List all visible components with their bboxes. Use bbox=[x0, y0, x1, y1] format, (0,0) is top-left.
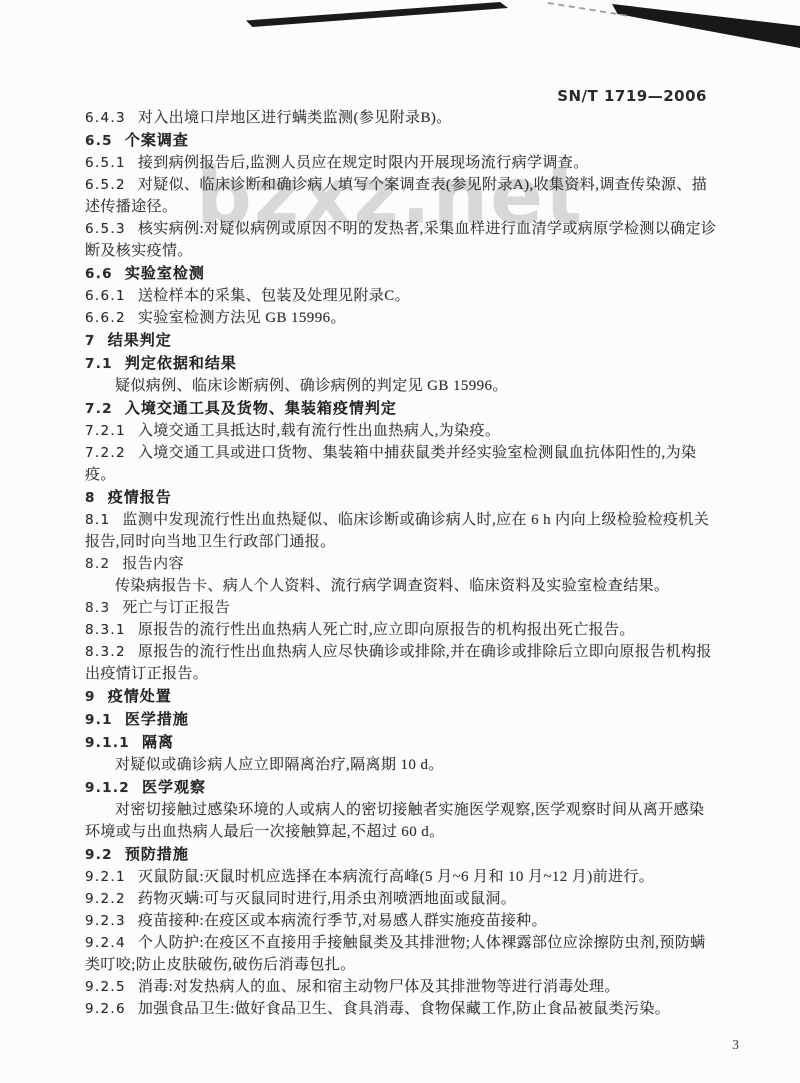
paragraph: 疑似病例、临床诊断病例、确诊病例的判定见 GB 15996。 bbox=[85, 375, 718, 397]
clause-text: 死亡与订正报告 bbox=[122, 600, 230, 616]
clause-7-2-2: 7.2.2入境交通工具或进口货物、集装箱中捕获鼠类并经实验室检测鼠血抗体阳性的,… bbox=[85, 442, 718, 486]
clause-6-5: 6.5个案调查 bbox=[85, 129, 718, 152]
clause-9-2: 9.2预防措施 bbox=[85, 843, 718, 866]
clause-number: 9.1.2 bbox=[85, 780, 130, 796]
clause-text: 医学观察 bbox=[142, 778, 206, 796]
clause-number: 8.3.1 bbox=[85, 622, 126, 638]
clause-text: 结果判定 bbox=[108, 331, 172, 349]
clause-number: 8.3 bbox=[85, 600, 110, 616]
document-body: 6.4.3对入出境口岸地区进行螨类监测(参见附录B)。6.5个案调查6.5.1接… bbox=[85, 107, 718, 1020]
scan-artifact-left bbox=[246, 2, 508, 27]
clause-number: 7.2.2 bbox=[85, 445, 126, 461]
clause-text: 疫情处置 bbox=[108, 687, 172, 705]
clause-text: 传染病报告卡、病人个人资料、流行病学调查资料、临床资料及实验室检查结果。 bbox=[115, 578, 669, 594]
clause-6-6-1: 6.6.1送检样本的采集、包装及处理见附录C。 bbox=[85, 285, 718, 307]
clause-text: 判定依据和结果 bbox=[125, 354, 237, 372]
clause-8-3: 8.3死亡与订正报告 bbox=[85, 597, 718, 619]
clause-number: 9.2 bbox=[85, 847, 113, 863]
clause-number: 9.2.4 bbox=[85, 935, 126, 951]
paragraph: 传染病报告卡、病人个人资料、流行病学调查资料、临床资料及实验室检查结果。 bbox=[85, 575, 718, 597]
clause-text: 对疑似或确诊病人应立即隔离治疗,隔离期 10 d。 bbox=[115, 757, 444, 773]
clause-number: 6.6.2 bbox=[85, 310, 126, 326]
paragraph: 对密切接触过感染环境的人或病人的密切接触者实施医学观察,医学观察时间从离开感染环… bbox=[85, 799, 718, 843]
clause-number: 6.5 bbox=[85, 133, 113, 149]
clause-number: 6.6.1 bbox=[85, 288, 126, 304]
clause-text: 医学措施 bbox=[125, 710, 189, 728]
clause-number: 7.2.1 bbox=[85, 423, 126, 439]
clause-6-6-2: 6.6.2实验室检测方法见 GB 15996。 bbox=[85, 307, 718, 329]
clause-number: 6.5.1 bbox=[85, 155, 126, 171]
clause-text: 报告内容 bbox=[122, 556, 184, 572]
clause-number: 8.2 bbox=[85, 556, 110, 572]
clause-7: 7结果判定 bbox=[85, 329, 718, 352]
clause-text: 接到病例报告后,监测人员应在规定时限内开展现场流行病学调查。 bbox=[138, 155, 589, 171]
clause-text: 入境交通工具或进口货物、集装箱中捕获鼠类并经实验室检测鼠血抗体阳性的,为染疫。 bbox=[85, 445, 696, 483]
page-number: 3 bbox=[732, 1038, 740, 1054]
clause-number: 6.5.2 bbox=[85, 177, 126, 193]
clause-text: 对密切接触过感染环境的人或病人的密切接触者实施医学观察,医学观察时间从离开感染环… bbox=[85, 802, 704, 840]
clause-7-1: 7.1判定依据和结果 bbox=[85, 352, 718, 375]
clause-number: 9.1 bbox=[85, 712, 113, 728]
clause-9-1: 9.1医学措施 bbox=[85, 708, 718, 731]
clause-text: 药物灭螨:可与灭鼠同时进行,用杀虫剂喷洒地面或鼠洞。 bbox=[138, 891, 516, 907]
clause-8-3-1: 8.3.1原报告的流行性出血热病人死亡时,应立即向原报告的机构报出死亡报告。 bbox=[85, 619, 718, 641]
clause-text: 疫苗接种:在疫区或本病流行季节,对易感人群实施疫苗接种。 bbox=[138, 913, 547, 929]
clause-text: 对疑似、临床诊断和确诊病人填写个案调查表(参见附录A),收集资料,调查传染源、描… bbox=[85, 177, 707, 215]
scan-artifact-right bbox=[612, 0, 800, 50]
clause-text: 疑似病例、临床诊断病例、确诊病例的判定见 GB 15996。 bbox=[115, 378, 508, 394]
clause-number: 8 bbox=[85, 490, 96, 506]
clause-text: 灭鼠防鼠:灭鼠时机应选择在本病流行高峰(5 月~6 月和 10 月~12 月)前… bbox=[138, 869, 654, 885]
clause-text: 预防措施 bbox=[125, 845, 189, 863]
clause-text: 入境交通工具抵达时,载有流行性出血热病人,为染疫。 bbox=[138, 423, 501, 439]
clause-6-5-1: 6.5.1接到病例报告后,监测人员应在规定时限内开展现场流行病学调查。 bbox=[85, 152, 718, 174]
clause-text: 疫情报告 bbox=[108, 488, 172, 506]
clause-text: 监测中发现流行性出血热疑似、临床诊断或确诊病人时,应在 6 h 内向上级检验检疫… bbox=[85, 512, 709, 550]
clause-number: 9.2.2 bbox=[85, 891, 126, 907]
clause-text: 消毒:对发热病人的血、尿和宿主动物尸体及其排泄物等进行消毒处理。 bbox=[138, 979, 620, 995]
clause-8-3-2: 8.3.2原报告的流行性出血热病人应尽快确诊或排除,并在确诊或排除后立即向原报告… bbox=[85, 641, 718, 685]
clause-number: 7.2 bbox=[85, 401, 113, 417]
clause-text: 个人防护:在疫区不直接用手接触鼠类及其排泄物;人体裸露部位应涂擦防虫剂,预防螨类… bbox=[85, 935, 706, 973]
clause-number: 9.2.5 bbox=[85, 979, 126, 995]
clause-9-2-3: 9.2.3疫苗接种:在疫区或本病流行季节,对易感人群实施疫苗接种。 bbox=[85, 910, 718, 932]
clause-text: 原报告的流行性出血热病人死亡时,应立即向原报告的机构报出死亡报告。 bbox=[138, 622, 635, 638]
clause-9-2-2: 9.2.2药物灭螨:可与灭鼠同时进行,用杀虫剂喷洒地面或鼠洞。 bbox=[85, 888, 718, 910]
clause-number: 8.1 bbox=[85, 512, 110, 528]
clause-text: 个案调查 bbox=[125, 131, 189, 149]
clause-number: 8.3.2 bbox=[85, 644, 126, 660]
clause-number: 7.1 bbox=[85, 356, 113, 372]
clause-6-6: 6.6实验室检测 bbox=[85, 262, 718, 285]
clause-text: 送检样本的采集、包装及处理见附录C。 bbox=[138, 288, 410, 304]
clause-9-2-1: 9.2.1灭鼠防鼠:灭鼠时机应选择在本病流行高峰(5 月~6 月和 10 月~1… bbox=[85, 866, 718, 888]
clause-number: 6.4.3 bbox=[85, 110, 126, 126]
clause-9-2-5: 9.2.5消毒:对发热病人的血、尿和宿主动物尸体及其排泄物等进行消毒处理。 bbox=[85, 976, 718, 998]
clause-7-2: 7.2入境交通工具及货物、集装箱疫情判定 bbox=[85, 397, 718, 420]
clause-number: 9.1.1 bbox=[85, 735, 130, 751]
clause-8-2: 8.2报告内容 bbox=[85, 553, 718, 575]
clause-6-4-3: 6.4.3对入出境口岸地区进行螨类监测(参见附录B)。 bbox=[85, 107, 718, 129]
clause-text: 实验室检测方法见 GB 15996。 bbox=[138, 310, 346, 326]
document-page: SN/T 1719—2006 bzxz.net 6.4.3对入出境口岸地区进行螨… bbox=[0, 0, 800, 1083]
clause-9: 9疫情处置 bbox=[85, 685, 718, 708]
clause-text: 隔离 bbox=[142, 733, 174, 751]
clause-number: 9 bbox=[85, 689, 96, 705]
paragraph: 对疑似或确诊病人应立即隔离治疗,隔离期 10 d。 bbox=[85, 754, 718, 776]
standard-code: SN/T 1719—2006 bbox=[557, 87, 707, 105]
clause-6-5-3: 6.5.3核实病例:对疑似病例或原因不明的发热者,采集血样进行血清学或病原学检测… bbox=[85, 218, 718, 262]
clause-8-1: 8.1监测中发现流行性出血热疑似、临床诊断或确诊病人时,应在 6 h 内向上级检… bbox=[85, 509, 718, 553]
clause-number: 9.2.1 bbox=[85, 869, 126, 885]
clause-7-2-1: 7.2.1入境交通工具抵达时,载有流行性出血热病人,为染疫。 bbox=[85, 420, 718, 442]
clause-number: 9.2.6 bbox=[85, 1001, 126, 1017]
clause-text: 入境交通工具及货物、集装箱疫情判定 bbox=[125, 399, 397, 417]
clause-text: 原报告的流行性出血热病人应尽快确诊或排除,并在确诊或排除后立即向原报告机构报出疫… bbox=[85, 644, 712, 682]
clause-text: 实验室检测 bbox=[125, 264, 205, 282]
clause-9-1-1: 9.1.1隔离 bbox=[85, 731, 718, 754]
clause-6-5-2: 6.5.2对疑似、临床诊断和确诊病人填写个案调查表(参见附录A),收集资料,调查… bbox=[85, 174, 718, 218]
clause-text: 对入出境口岸地区进行螨类监测(参见附录B)。 bbox=[138, 110, 452, 126]
clause-number: 6.5.3 bbox=[85, 221, 126, 237]
clause-9-2-4: 9.2.4个人防护:在疫区不直接用手接触鼠类及其排泄物;人体裸露部位应涂擦防虫剂… bbox=[85, 932, 718, 976]
clause-text: 核实病例:对疑似病例或原因不明的发热者,采集血样进行血清学或病原学检测以确定诊断… bbox=[85, 221, 716, 259]
clause-9-2-6: 9.2.6加强食品卫生:做好食品卫生、食具消毒、食物保藏工作,防止食品被鼠类污染… bbox=[85, 998, 718, 1020]
clause-number: 6.6 bbox=[85, 266, 113, 282]
clause-number: 7 bbox=[85, 333, 96, 349]
clause-text: 加强食品卫生:做好食品卫生、食具消毒、食物保藏工作,防止食品被鼠类污染。 bbox=[138, 1001, 670, 1017]
clause-9-1-2: 9.1.2医学观察 bbox=[85, 776, 718, 799]
clause-number: 9.2.3 bbox=[85, 913, 126, 929]
clause-8: 8疫情报告 bbox=[85, 486, 718, 509]
